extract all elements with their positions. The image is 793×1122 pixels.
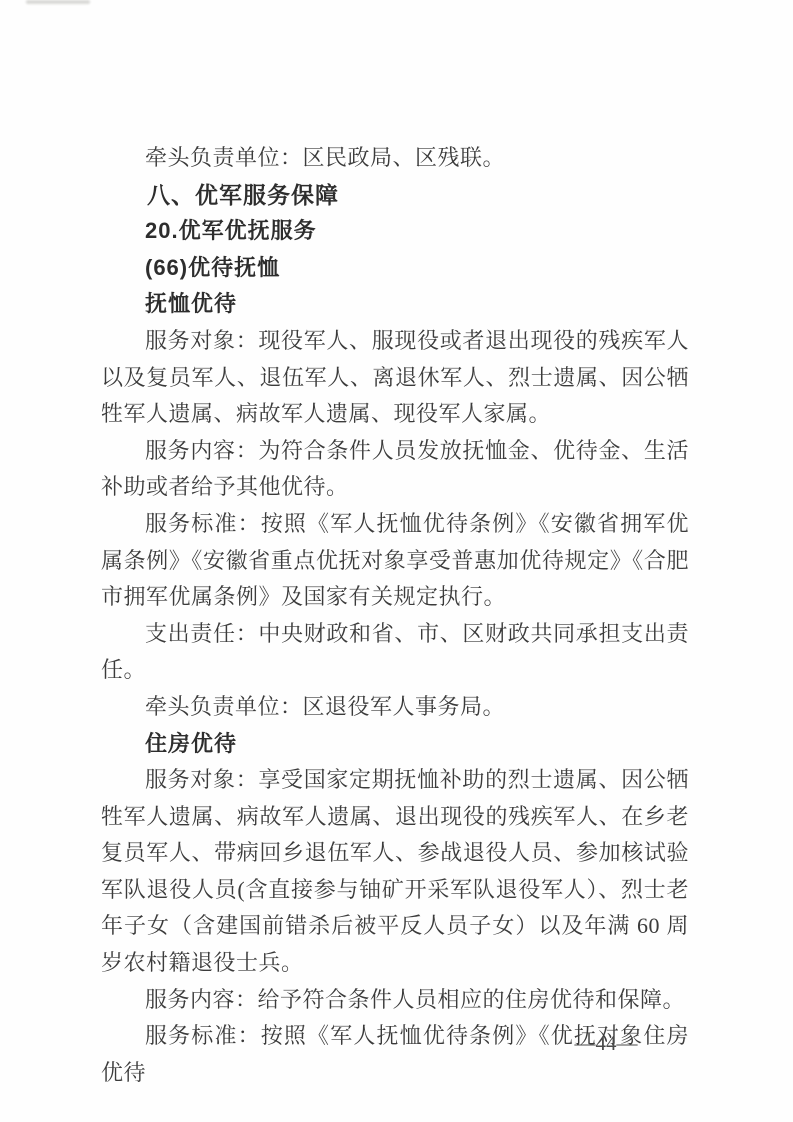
- document-page: 牵头负责单位：区民政局、区残联。 八、优军服务保障 20.优军优抚服务 (66)…: [0, 0, 793, 1122]
- service-target-paragraph: 服务对象：现役军人、服现役或者退出现役的残疾军人以及复员军人、退伍军人、离退休军…: [101, 323, 689, 433]
- housing-service-content-paragraph: 服务内容：给予符合条件人员相应的住房优待和保障。: [101, 982, 689, 1019]
- service-standard-paragraph: 服务标准：按照《军人抚恤优待条例》《安徽省拥军优属条例》《安徽省重点优抚对象享受…: [101, 506, 689, 616]
- subsection-pension-preference-heading: 抚恤优待: [101, 286, 689, 323]
- section-8-heading: 八、优军服务保障: [101, 177, 689, 214]
- lead-unit-paragraph: 牵头负责单位：区退役军人事务局。: [101, 689, 689, 726]
- page-number: —44—: [566, 1031, 646, 1056]
- document-body: 牵头负责单位：区民政局、区残联。 八、优军服务保障 20.优军优抚服务 (66)…: [101, 140, 689, 1091]
- expenditure-responsibility-paragraph: 支出责任：中央财政和省、市、区财政共同承担支出责任。: [101, 616, 689, 689]
- item-20-heading: 20.优军优抚服务: [101, 213, 689, 250]
- lead-unit-line: 牵头负责单位：区民政局、区残联。: [101, 140, 689, 177]
- scan-artifact-smudge: [26, 0, 90, 4]
- subsection-housing-preference-heading: 住房优待: [101, 726, 689, 763]
- service-content-paragraph: 服务内容：为符合条件人员发放抚恤金、优待金、生活补助或者给予其他优待。: [101, 433, 689, 506]
- entry-66-heading: (66)优待抚恤: [101, 250, 689, 287]
- housing-service-target-paragraph: 服务对象：享受国家定期抚恤补助的烈士遗属、因公牺牲军人遗属、病故军人遗属、退出现…: [101, 762, 689, 982]
